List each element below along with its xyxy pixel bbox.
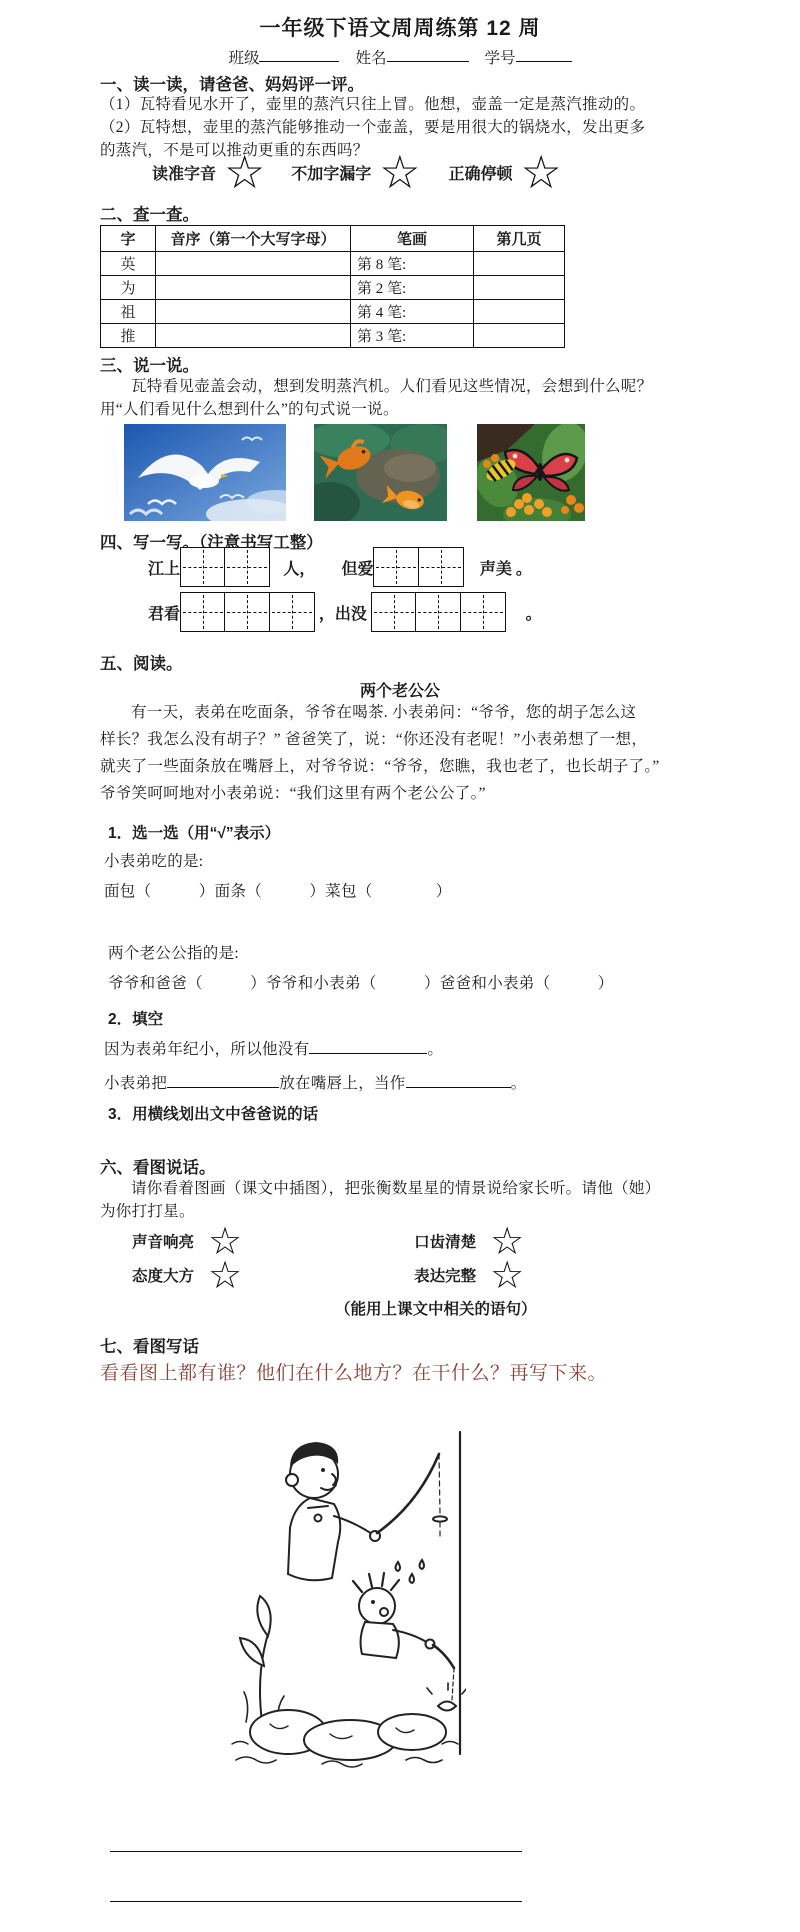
stroke-cell: 第 4 笔:: [351, 300, 474, 324]
page-cell: [474, 252, 565, 276]
section7-heading: 七、看图写话: [100, 1333, 199, 1357]
question2-heading: 2．填空: [108, 1007, 163, 1029]
character-cell: 祖: [101, 300, 156, 324]
rating-label-pronunciation: 读准字音: [152, 161, 216, 184]
question2-line1: 因为表弟年纪小，所以他没有。: [104, 1038, 443, 1061]
table-row: 祖 第 4 笔:: [101, 300, 565, 324]
writing-cell: [371, 592, 417, 632]
section1-heading: 一、读一读，请爸爸、妈妈评一评。: [100, 71, 364, 95]
student-number-blank: [516, 46, 572, 62]
fill-blank-text: 小表弟把: [104, 1075, 167, 1092]
section6-note: （能用上课文中相关的语句）: [335, 1297, 537, 1319]
question1-heading: 1．选一选（用“√”表示）: [108, 821, 280, 843]
question1-line2: 两个老公公指的是:: [108, 944, 239, 965]
fishing-cartoon-image: [226, 1422, 466, 1777]
writing-grid: [371, 592, 506, 632]
story-title: 两个老公公: [0, 678, 800, 701]
name-blank: [387, 46, 469, 62]
column-header-alphabetical-order: 音序（第一个大写字母）: [156, 226, 351, 252]
worksheet-page: 一年级下语文周周练第 12 周 班级 姓名 学号 一、读一读，请爸爸、妈妈评一评…: [0, 0, 800, 1932]
question1-options1: 面包（ ）面条（ ）菜包（ ）: [104, 882, 452, 903]
stroke-cell: 第 8 笔:: [351, 252, 474, 276]
dictionary-lookup-table: 字 音序（第一个大写字母） 笔画 第几页 英 第 8 笔: 为 第 2 笔: 祖…: [100, 225, 565, 348]
fill-blank-text: 放在嘴唇上，当作: [279, 1075, 405, 1092]
page-cell: [474, 276, 565, 300]
name-label: 姓名: [355, 46, 386, 68]
writing-cell: [418, 547, 464, 587]
butterfly-photo: [477, 424, 585, 526]
copy-line-2-suffix: 。: [526, 601, 542, 624]
speaking-ratings-row2: 态度大方 ☆ 表达完整 ☆: [132, 1258, 524, 1292]
rating-label-no-missing-words: 不加字漏字: [291, 161, 371, 184]
table-row: 英 第 8 笔:: [101, 252, 565, 276]
copy-line-1-suffix: 声美 。: [480, 556, 532, 579]
answer-line: [110, 1901, 522, 1902]
copy-line-2-prefix: 君看: [148, 601, 180, 624]
fill-blank: [406, 1072, 511, 1088]
fill-blank-period: 。: [427, 1041, 443, 1058]
section3-line2: 用“人们看见什么想到什么”的句式说一说。: [100, 400, 700, 421]
question1-line1: 小表弟吃的是:: [104, 852, 203, 873]
writing-cell: [224, 547, 270, 587]
question2-line2: 小表弟把放在嘴唇上，当作。: [104, 1072, 526, 1095]
alpha-order-cell: [156, 300, 351, 324]
story-line: 爷爷笑呵呵地对小表弟说：“我们这里有两个老公公了。”: [100, 784, 730, 805]
rating-label-complete-expression: 表达完整: [414, 1264, 476, 1286]
section3-line1: 瓦特看见壶盖会动，想到发明蒸汽机。人们看见这些情况，会想到什么呢？: [131, 377, 731, 398]
section2-heading: 二、查一查。: [100, 201, 199, 225]
rating-label-clear-speech: 口齿清楚: [414, 1230, 476, 1252]
page-cell: [474, 324, 565, 348]
stroke-cell: 第 2 笔:: [351, 276, 474, 300]
student-info-row: 班级 姓名 学号: [0, 46, 800, 68]
writing-cell: [180, 547, 226, 587]
character-cell: 为: [101, 276, 156, 300]
alpha-order-cell: [156, 252, 351, 276]
copy-line-1-mid: 人，: [283, 556, 315, 579]
writing-cell: [180, 592, 226, 632]
star-icon: ☆: [379, 152, 420, 192]
fill-blank: [309, 1038, 427, 1054]
story-line: 就夹了一些面条放在嘴唇上，对爷爷说：“爷爷，您瞧，我也老了，也长胡子了。”: [100, 757, 730, 778]
alpha-order-cell: [156, 276, 351, 300]
section1-line1: （1）瓦特看见水开了，壶里的蒸汽只往上冒。他想，壶盖一定是蒸汽推动的。: [100, 95, 720, 116]
seagulls-photo: [124, 424, 286, 526]
character-cell: 英: [101, 252, 156, 276]
goldfish-photo: [314, 424, 447, 526]
answer-line: [110, 1851, 522, 1852]
writing-cell: [373, 547, 419, 587]
column-header-strokes: 笔画: [351, 226, 474, 252]
copy-line-1-prefix2: 但爱: [341, 556, 373, 579]
copy-line-1-prefix: 江上: [148, 556, 180, 579]
question1-options2: 爷爷和爸爸（ ）爷爷和小表弟（ ）爸爸和小表弟（ ）: [108, 974, 614, 995]
star-icon: ☆: [208, 1258, 242, 1292]
alpha-order-cell: [156, 324, 351, 348]
writing-grid: [180, 592, 315, 632]
class-blank: [259, 46, 339, 62]
copy-line-1: 江上 人， 但爱 声美 。: [148, 547, 532, 587]
rating-label-pausing: 正确停顿: [449, 161, 513, 184]
copy-line-2: 君看 ，出没 。: [148, 592, 542, 632]
character-cell: 推: [101, 324, 156, 348]
star-icon: ☆: [521, 152, 562, 192]
writing-cell: [415, 592, 461, 632]
story-line: 有一天，表弟在吃面条，爷爷在喝茶. 小表弟问：“爷爷，您的胡子怎么这: [131, 703, 731, 724]
writing-cell: [460, 592, 506, 632]
section6-line2: 为你打打星。: [100, 1202, 195, 1223]
table-row: 为 第 2 笔:: [101, 276, 565, 300]
section7-prompt: 看看图上都有谁？他们在什么地方？在干什么？再写下来。: [100, 1358, 740, 1385]
class-label: 班级: [228, 46, 259, 68]
student-number-label: 学号: [485, 46, 516, 68]
star-icon: ☆: [490, 1258, 524, 1292]
writing-cell: [269, 592, 315, 632]
page-cell: [474, 300, 565, 324]
rating-label-confident-manner: 态度大方: [132, 1264, 194, 1286]
writing-grid: [373, 547, 463, 587]
fill-blank-period: 。: [511, 1075, 527, 1092]
fill-blank-text: 因为表弟年纪小，所以他没有: [104, 1041, 309, 1058]
table-row: 推 第 3 笔:: [101, 324, 565, 348]
section6-line1: 请你看着图画（课文中插图），把张衡数星星的情景说给家长听。请他（她）: [131, 1179, 731, 1200]
stroke-cell: 第 3 笔:: [351, 324, 474, 348]
fill-blank: [167, 1072, 279, 1088]
star-icon: ☆: [224, 152, 265, 192]
question3-heading: 3．用横线划出文中爸爸说的话: [108, 1102, 318, 1124]
column-header-character: 字: [101, 226, 156, 252]
table-header-row: 字 音序（第一个大写字母） 笔画 第几页: [101, 226, 565, 252]
story-line: 样长？我怎么没有胡子？” 爸爸笑了，说：“你还没有老呢！”小表弟想了一想，: [100, 730, 730, 751]
reading-ratings: 读准字音 ☆ 不加字漏字 ☆ 正确停顿 ☆: [152, 152, 562, 192]
page-title: 一年级下语文周周练第 12 周: [0, 12, 800, 42]
rating-label-loud-voice: 声音响亮: [132, 1230, 194, 1252]
section1-line2: （2）瓦特想，壶里的蒸汽能够推动一个壶盖，要是用很大的锅烧水，发出更多: [100, 118, 720, 139]
copy-line-2-mid: ，出没: [319, 601, 367, 624]
writing-cell: [224, 592, 270, 632]
section3-heading: 三、说一说。: [100, 352, 199, 376]
column-header-page: 第几页: [474, 226, 565, 252]
section6-heading: 六、看图说话。: [100, 1154, 216, 1178]
speaking-ratings-row1: 声音响亮 ☆ 口齿清楚 ☆: [132, 1224, 524, 1258]
writing-grid: [180, 547, 270, 587]
section5-heading: 五、阅读。: [100, 650, 183, 674]
